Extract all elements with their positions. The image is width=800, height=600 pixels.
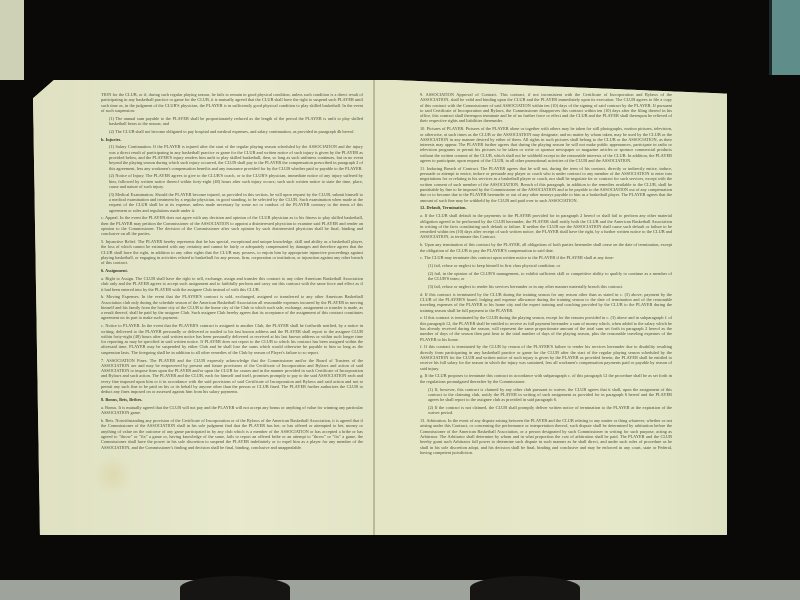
floor xyxy=(0,580,800,600)
paragraph: (3) fail, refuse or neglect to render hi… xyxy=(420,284,672,289)
page-fold xyxy=(373,80,375,535)
paragraph: 13. Arbitration. In the event of any dis… xyxy=(420,418,672,455)
paragraph: (1) The annual sum payable to the PLAYER… xyxy=(101,116,363,127)
paragraph: d. If this contract is terminated by the… xyxy=(420,292,672,313)
paragraph: 5. Injunctive Relief. The PLAYER hereby … xyxy=(101,239,363,265)
right-page: 9. ASSOCIATION Approval of Contract. Thi… xyxy=(373,80,749,535)
paragraph: (2) If the contract is not claimed, the … xyxy=(420,405,672,416)
paragraph: (2) The CLUB shall not become obligated … xyxy=(101,129,363,134)
paragraph: (1) Salary Continuation. If the PLAYER i… xyxy=(101,144,363,170)
paragraph: 11. Inducing Breach of Contract. The PLA… xyxy=(420,166,672,203)
paragraph: a. If the CLUB shall default in the paym… xyxy=(420,213,672,239)
paragraph: (2) Notice of Injury. The PLAYER agrees … xyxy=(101,173,363,189)
section-heading: b. Injuries. xyxy=(101,137,363,142)
background-paper-edge xyxy=(0,0,24,80)
paragraph: c. Notice to PLAYER. In the event that t… xyxy=(101,323,363,355)
paragraph: (1) fail, refuse or neglect to keep hims… xyxy=(420,263,672,268)
left-page-text: TION for the CLUB, or if, during such re… xyxy=(101,92,363,452)
paragraph: b. Upon any termination of this contract… xyxy=(420,242,672,253)
shoe-shadow-left xyxy=(180,576,290,600)
paragraph: b. Moving Expenses. In the event that th… xyxy=(101,294,363,320)
paragraph: g. If the CLUB proposes to terminate thi… xyxy=(420,373,672,384)
paragraph: (3) Medical Examination. Should the PLAY… xyxy=(101,192,363,213)
paper-stain xyxy=(93,455,133,495)
section-heading: 6. Assignment. xyxy=(101,268,363,273)
background-object xyxy=(769,0,800,75)
contract-document: TION for the CLUB, or if, during such re… xyxy=(33,80,727,535)
paragraph: b. Bets. Notwithstanding any provision o… xyxy=(101,418,363,450)
paragraph: e. If this contract is terminated by the… xyxy=(420,315,672,341)
left-page: TION for the CLUB, or if, during such re… xyxy=(33,80,373,535)
paragraph: a. Bonus. It is mutually agreed that the… xyxy=(101,405,363,416)
shoe-shadow-right xyxy=(470,576,580,600)
paragraph: f. If this contract is terminated by the… xyxy=(420,344,672,370)
paragraph: TION for the CLUB, or if, during such re… xyxy=(101,92,363,113)
paragraph: (2) fail, in the opinion of the CLUB'S m… xyxy=(420,271,672,282)
paragraph: 7. ASSOCIATION Fines. The PLAYER and the… xyxy=(101,358,363,395)
section-heading: 8. Bonus, Bets, Bribes. xyxy=(101,397,363,402)
paragraph: 9. ASSOCIATION Approval of Contract. Thi… xyxy=(420,92,672,124)
paragraph: a. Right to Assign. The CLUB shall have … xyxy=(101,276,363,292)
paragraph: c. Appeal. In the event the PLAYER does … xyxy=(101,215,363,236)
section-heading: 12. Default, Termination. xyxy=(420,205,672,210)
paragraph: (1) If, however, this contract is claime… xyxy=(420,387,672,403)
right-page-text: 9. ASSOCIATION Approval of Contract. Thi… xyxy=(420,92,672,458)
paragraph: c. The CLUB may terminate this contract … xyxy=(420,255,672,260)
paragraph: 10. Pictures of PLAYER. Pictures of the … xyxy=(420,126,672,163)
